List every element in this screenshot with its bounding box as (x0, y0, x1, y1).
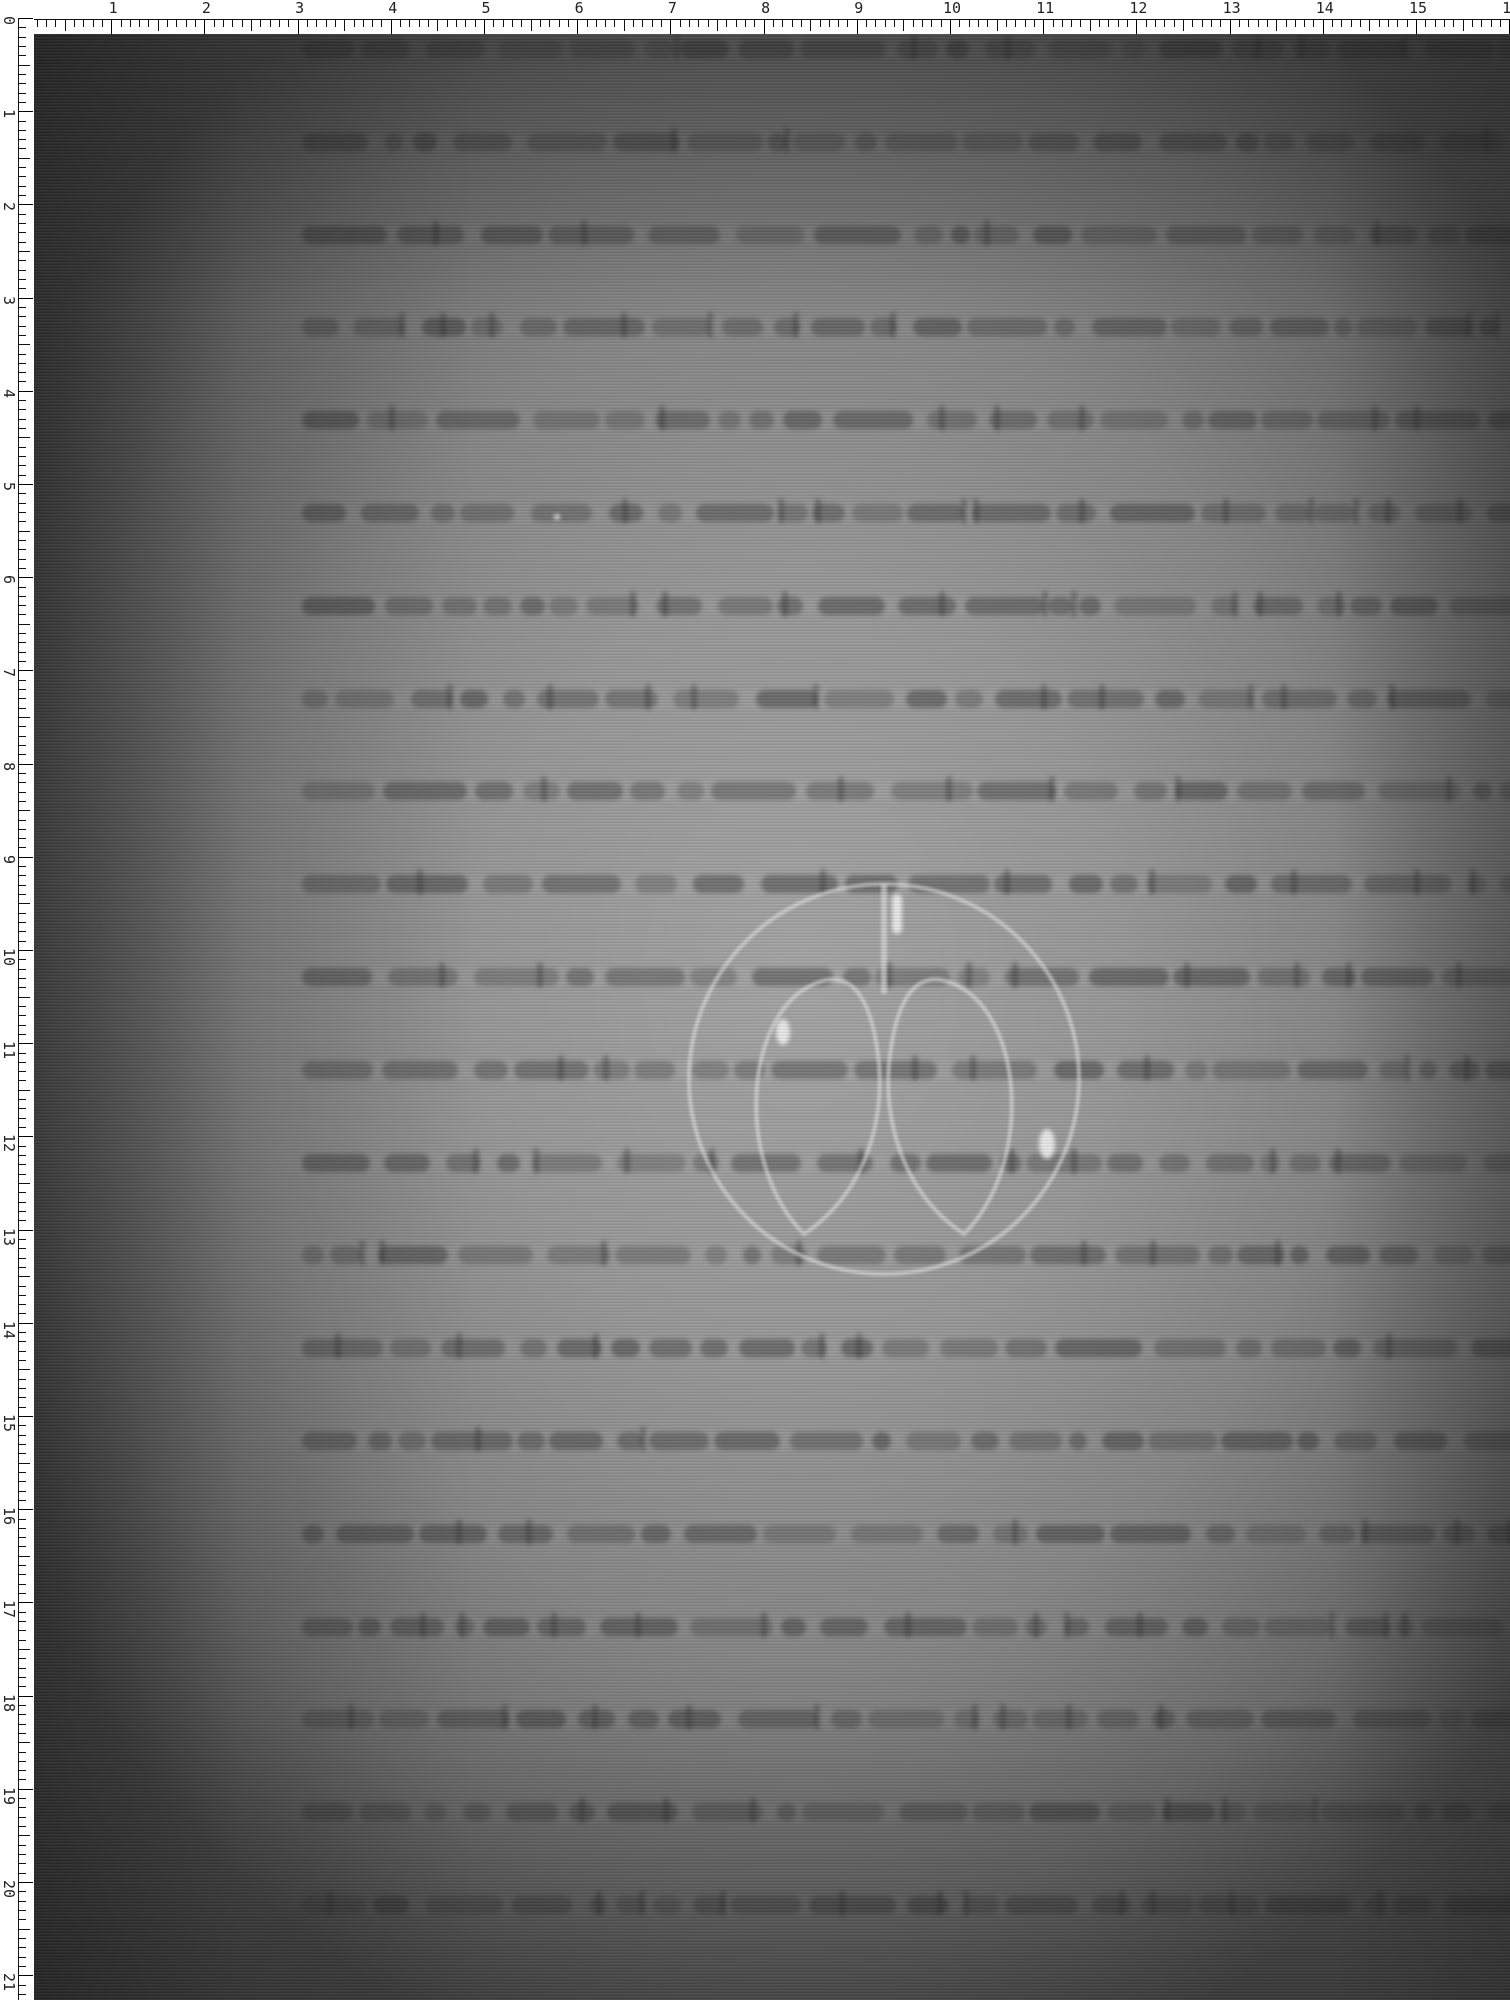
ruler-tick (19, 1779, 26, 1780)
ruler-tick (46, 20, 47, 27)
ruler-tick (1267, 20, 1268, 27)
ruler-tick (19, 1341, 26, 1342)
ruler-tick (19, 1873, 26, 1874)
ruler-tick (335, 20, 336, 27)
ruler-tick (19, 1286, 26, 1287)
ruler-tick (577, 20, 578, 34)
ruler-tick (19, 829, 26, 830)
ruler-tick (19, 717, 30, 718)
ruler-tick (484, 20, 485, 34)
ruler-tick (1444, 20, 1445, 27)
manuscript-scan (34, 34, 1510, 2000)
ruler-tick (19, 1090, 30, 1091)
ruler-tick (1351, 20, 1352, 27)
ruler-tick (19, 1947, 26, 1948)
ruler-tick (19, 186, 26, 187)
ruler-tick (19, 1584, 26, 1585)
ruler-tick (1276, 20, 1277, 31)
ruler-tick (726, 20, 727, 27)
ruler-tick (19, 46, 26, 47)
ruler-tick (19, 298, 33, 299)
ruler-tick (19, 1491, 26, 1492)
ruler-tick (288, 20, 289, 27)
ruler-tick (19, 1351, 26, 1352)
ruler-tick (19, 1304, 26, 1305)
ruler-tick (801, 20, 802, 27)
watermark-highlight (892, 894, 902, 934)
ruler-tick (1435, 20, 1436, 27)
manuscript-line (302, 776, 1510, 806)
ruler-tick (1192, 20, 1193, 27)
ruler-tick (531, 20, 532, 31)
ruler-tick (19, 1966, 26, 1967)
ruler-tick (1239, 20, 1240, 27)
ruler-tick (19, 1239, 26, 1240)
ruler-tick (19, 605, 26, 606)
ruler-label: 7 (668, 0, 677, 17)
ruler-label: 1 (0, 109, 17, 118)
ruler-tick (642, 20, 643, 27)
ruler-tick (19, 1593, 26, 1594)
ruler-label: 14 (0, 1321, 17, 1339)
manuscript-line (302, 34, 1510, 64)
ruler-tick (19, 1043, 33, 1044)
ruler-label: 13 (1223, 0, 1241, 17)
ruler-label: 10 (0, 948, 17, 966)
ruler-tick (428, 20, 429, 27)
ruler-tick (1463, 20, 1464, 31)
manuscript-line (302, 1890, 1510, 1920)
ruler-tick (717, 20, 718, 31)
ruler-tick (19, 764, 33, 765)
ruler-tick (19, 726, 26, 727)
ruler-tick (19, 121, 26, 122)
ruler-tick (19, 456, 26, 457)
ruler-tick (232, 20, 233, 27)
ruler-tick (540, 20, 541, 27)
ruler-tick (19, 670, 33, 671)
ruler-tick (19, 866, 26, 867)
ruler-tick (19, 1230, 33, 1231)
ruler-tick (74, 20, 75, 27)
ruler-tick (1286, 20, 1287, 27)
ruler-tick (19, 1621, 26, 1622)
ruler-tick (1062, 20, 1063, 27)
ruler-tick (19, 661, 26, 662)
ruler-tick (1416, 20, 1417, 34)
ruler-tick (19, 1034, 26, 1035)
ruler-tick (1304, 20, 1305, 27)
ruler-tick (19, 419, 26, 420)
ruler-tick (19, 493, 26, 494)
ruler-tick (19, 1798, 26, 1799)
ruler-tick (19, 242, 26, 243)
ruler-tick (19, 1789, 33, 1790)
ruler-tick (559, 20, 560, 27)
ruler-tick (19, 1006, 26, 1007)
ruler-tick (689, 20, 690, 27)
manuscript-line (302, 591, 1510, 621)
ruler-label: 19 (0, 1787, 17, 1805)
ruler-tick (19, 1938, 26, 1939)
ruler-tick (19, 1863, 26, 1864)
ruler-tick (19, 997, 30, 998)
ruler-tick (1258, 20, 1259, 27)
ruler-tick (19, 307, 26, 308)
ruler-tick (19, 596, 26, 597)
ruler-label: 9 (0, 855, 17, 864)
ruler-tick (354, 20, 355, 27)
ruler-tick (19, 316, 26, 317)
ruler-tick (19, 1733, 26, 1734)
ruler-tick (19, 1062, 26, 1063)
ruler-label: 21 (0, 1973, 17, 1991)
ruler-tick (19, 223, 26, 224)
ruler-tick (997, 20, 998, 31)
ruler-tick (19, 484, 33, 485)
ruler-tick (19, 1276, 30, 1277)
ruler-tick (19, 232, 26, 233)
ruler-tick (316, 20, 317, 27)
manuscript-line (302, 1797, 1510, 1827)
ruler-tick (19, 55, 26, 56)
ruler-tick (130, 20, 131, 27)
ruler-tick (19, 1071, 26, 1072)
ruler-tick (19, 1388, 26, 1389)
ruler-tick (19, 18, 33, 19)
manuscript-line (302, 405, 1510, 435)
ruler-tick (866, 20, 867, 27)
ruler-tick (19, 1136, 33, 1137)
ruler-tick (1118, 20, 1119, 27)
ruler-tick (1313, 20, 1314, 27)
ruler-tick (19, 1882, 33, 1883)
ruler-tick (19, 1220, 26, 1221)
ruler-tick (19, 1668, 26, 1669)
ruler-tick (167, 20, 168, 27)
ruler-tick (19, 475, 26, 476)
ruler-tick (19, 838, 26, 839)
ruler-tick (19, 1425, 26, 1426)
ruler-tick (19, 279, 26, 280)
ruler-tick (19, 1649, 30, 1650)
ruler-tick (19, 1108, 26, 1109)
ruler-tick (19, 1332, 26, 1333)
ruler-tick (978, 20, 979, 27)
ruler-tick (19, 1053, 26, 1054)
ruler-label: 1 (109, 0, 118, 17)
ruler-label: 4 (388, 0, 397, 17)
ruler-tick (19, 820, 26, 821)
ruler-tick (19, 1202, 26, 1203)
ruler-tick (363, 20, 364, 27)
ruler-tick (391, 20, 392, 34)
ruler-tick (186, 20, 187, 27)
ruler-tick (503, 20, 504, 27)
ruler-tick (764, 20, 765, 34)
ruler-tick (214, 20, 215, 27)
ruler-tick (1341, 20, 1342, 27)
ruler-tick (19, 1183, 30, 1184)
ruler-tick (419, 20, 420, 27)
ruler-tick (19, 1155, 26, 1156)
ruler-tick (19, 624, 30, 625)
ruler-label: 5 (481, 0, 490, 17)
manuscript-line (302, 1704, 1510, 1734)
ruler-tick (19, 1724, 26, 1725)
manuscript-line (302, 1426, 1510, 1456)
ruler-tick (19, 1080, 26, 1081)
ruler-tick (680, 20, 681, 27)
ruler-tick (19, 1369, 30, 1370)
ruler-tick (279, 20, 280, 27)
ruler-tick (736, 20, 737, 27)
ruler-tick (260, 20, 261, 27)
ruler-tick (19, 810, 30, 811)
ruler-tick (1211, 20, 1212, 27)
ruler-tick (176, 20, 177, 27)
ruler-tick (251, 20, 252, 31)
ruler-tick (19, 708, 26, 709)
ruler-tick (1155, 20, 1156, 27)
manuscript-line (302, 1612, 1510, 1642)
ruler-tick (624, 20, 625, 31)
ruler-tick (941, 20, 942, 27)
ruler-tick (19, 1891, 26, 1892)
ruler-tick (19, 1248, 26, 1249)
ruler-label: 16 (0, 1507, 17, 1525)
ruler-tick (521, 20, 522, 27)
ruler-tick (1080, 20, 1081, 27)
ruler-tick (19, 1211, 26, 1212)
ruler-tick (950, 20, 951, 34)
ruler-tick (875, 20, 876, 27)
ruler-tick (19, 1612, 26, 1613)
ruler-tick (1015, 20, 1016, 27)
ruler-tick (19, 1705, 26, 1706)
ruler-tick (102, 20, 103, 27)
ruler-tick (1491, 20, 1492, 27)
ruler-tick (19, 1761, 26, 1762)
ruler-tick (19, 1910, 26, 1911)
ruler-label: 5 (0, 482, 17, 491)
ruler-tick (19, 1985, 26, 1986)
ruler-tick (19, 1994, 26, 1995)
ruler-tick (19, 1174, 26, 1175)
ruler-tick (1332, 20, 1333, 27)
ruler-label: 8 (0, 762, 17, 771)
ruler-tick (19, 1258, 26, 1259)
ruler-tick (19, 857, 33, 858)
ruler-tick (19, 894, 26, 895)
ruler-tick (19, 1854, 26, 1855)
ruler-tick (19, 148, 26, 149)
ruler-tick (19, 652, 26, 653)
ruler-tick (19, 698, 26, 699)
ruler-tick (19, 1444, 26, 1445)
ruler-tick (19, 344, 30, 345)
ruler-tick (19, 111, 33, 112)
ruler-tick (922, 20, 923, 27)
ruler-tick (19, 1919, 26, 1920)
ruler-tick (19, 354, 26, 355)
ruler-tick (792, 20, 793, 27)
ruler-tick (1453, 20, 1454, 27)
ruler-tick (19, 1770, 26, 1771)
ruler-tick (19, 1742, 30, 1743)
ruler-tick (1127, 20, 1128, 27)
ruler-tick (65, 20, 66, 31)
ruler-tick (1146, 20, 1147, 27)
ruler-label: 15 (1409, 0, 1427, 17)
ruler-tick (19, 1686, 26, 1687)
ruler-tick (437, 20, 438, 31)
ruler-tick (19, 736, 26, 737)
ruler-tick (1220, 20, 1221, 27)
ruler-tick (19, 465, 26, 466)
ruler-tick (1248, 20, 1249, 27)
ruler-tick (19, 437, 30, 438)
ruler-tick (37, 20, 38, 27)
ruler-tick (465, 20, 466, 27)
ruler-tick (19, 1099, 26, 1100)
ruler-tick (838, 20, 839, 27)
ruler-label: 6 (0, 575, 17, 584)
ruler-tick (19, 931, 26, 932)
ruler-tick (19, 363, 26, 364)
ruler-tick (19, 1565, 26, 1566)
ruler-tick (1425, 20, 1426, 27)
ruler-tick (19, 1453, 26, 1454)
ruler-tick (19, 922, 26, 923)
ruler-tick (19, 978, 26, 979)
ruler-tick (1369, 20, 1370, 31)
ruler-tick (19, 270, 26, 271)
ruler-tick (1472, 20, 1473, 27)
ruler-tick (111, 20, 112, 34)
ruler-label: 0 (0, 16, 17, 25)
ruler-label: 2 (202, 0, 211, 17)
ruler-tick (987, 20, 988, 27)
ruler-tick (820, 20, 821, 27)
ruler-tick (605, 20, 606, 27)
ruler-label: 3 (0, 296, 17, 305)
ruler-tick (19, 568, 26, 569)
ruler-tick (19, 74, 26, 75)
ruler-tick (19, 1696, 33, 1697)
ruler-tick (19, 381, 26, 382)
ruler-tick (568, 20, 569, 27)
ruler-tick (19, 214, 26, 215)
manuscript-line (302, 220, 1510, 250)
ruler-tick (19, 1015, 26, 1016)
ruler-tick (19, 1025, 26, 1026)
ruler-tick (19, 1146, 26, 1147)
ruler-tick (19, 409, 26, 410)
ruler-tick (19, 521, 26, 522)
ruler-tick (549, 20, 550, 27)
ruler-tick (19, 102, 26, 103)
ruler-tick (19, 1192, 26, 1193)
ruler-tick (19, 1500, 26, 1501)
ruler-label: 11 (1036, 0, 1054, 17)
ruler-tick (19, 1929, 30, 1930)
ruler-tick (344, 20, 345, 31)
ruler-tick (931, 20, 932, 27)
ruler-tick (19, 1118, 26, 1119)
ruler-tick (19, 428, 26, 429)
ruler-tick (19, 1752, 26, 1753)
ruler-tick (19, 913, 26, 914)
ruler-tick (19, 1528, 26, 1529)
scan-speck (554, 514, 560, 520)
ruler-tick (512, 20, 513, 27)
ruler-tick (139, 20, 140, 27)
ruler-tick (1099, 20, 1100, 27)
ruler-tick (614, 20, 615, 27)
ruler-tick (19, 1416, 33, 1417)
ruler-label: 8 (761, 0, 770, 17)
ruler-tick (19, 512, 26, 513)
ruler-tick (409, 20, 410, 27)
ruler-tick (19, 158, 30, 159)
ruler-tick (83, 20, 84, 27)
ruler-tick (1295, 20, 1296, 27)
ruler-tick (19, 372, 26, 373)
ruler-tick (19, 1957, 26, 1958)
ruler-label: 10 (943, 0, 961, 17)
ruler-tick (19, 1537, 26, 1538)
ruler-tick (19, 773, 26, 774)
ruler-label: 7 (0, 668, 17, 677)
ruler-label: 3 (295, 0, 304, 17)
ruler-tick (1108, 20, 1109, 27)
ruler-tick (19, 1360, 26, 1361)
ruler-label: 15 (0, 1414, 17, 1432)
ruler-tick (19, 130, 26, 131)
ruler-tick (1407, 20, 1408, 27)
ruler-tick (19, 447, 26, 448)
ruler-tick (633, 20, 634, 27)
ruler-tick (782, 20, 783, 27)
ruler-tick (708, 20, 709, 27)
ruler-tick (19, 969, 26, 970)
ruler-tick (400, 20, 401, 27)
ruler-tick (456, 20, 457, 27)
ruler-tick (19, 941, 26, 942)
ruler-tick (19, 1435, 26, 1436)
ruler-label: 12 (1129, 0, 1147, 17)
ruler-tick (19, 83, 26, 84)
ruler-tick (587, 20, 588, 27)
ruler-tick (19, 587, 26, 588)
ruler-tick (121, 20, 122, 27)
ruler-tick (19, 875, 26, 876)
ruler-tick (19, 959, 26, 960)
ruler-tick (1360, 20, 1361, 27)
ruler-tick (1090, 20, 1091, 31)
ruler-tick (19, 614, 26, 615)
ruler-tick (19, 847, 26, 848)
ruler-tick (810, 20, 811, 31)
ruler-label: 14 (1316, 0, 1334, 17)
ruler-tick (1164, 20, 1165, 27)
ruler-tick (773, 20, 774, 27)
ruler-tick (1025, 20, 1026, 27)
ruler-tick (447, 20, 448, 27)
ruler-tick (913, 20, 914, 27)
ruler-tick (19, 1127, 26, 1128)
